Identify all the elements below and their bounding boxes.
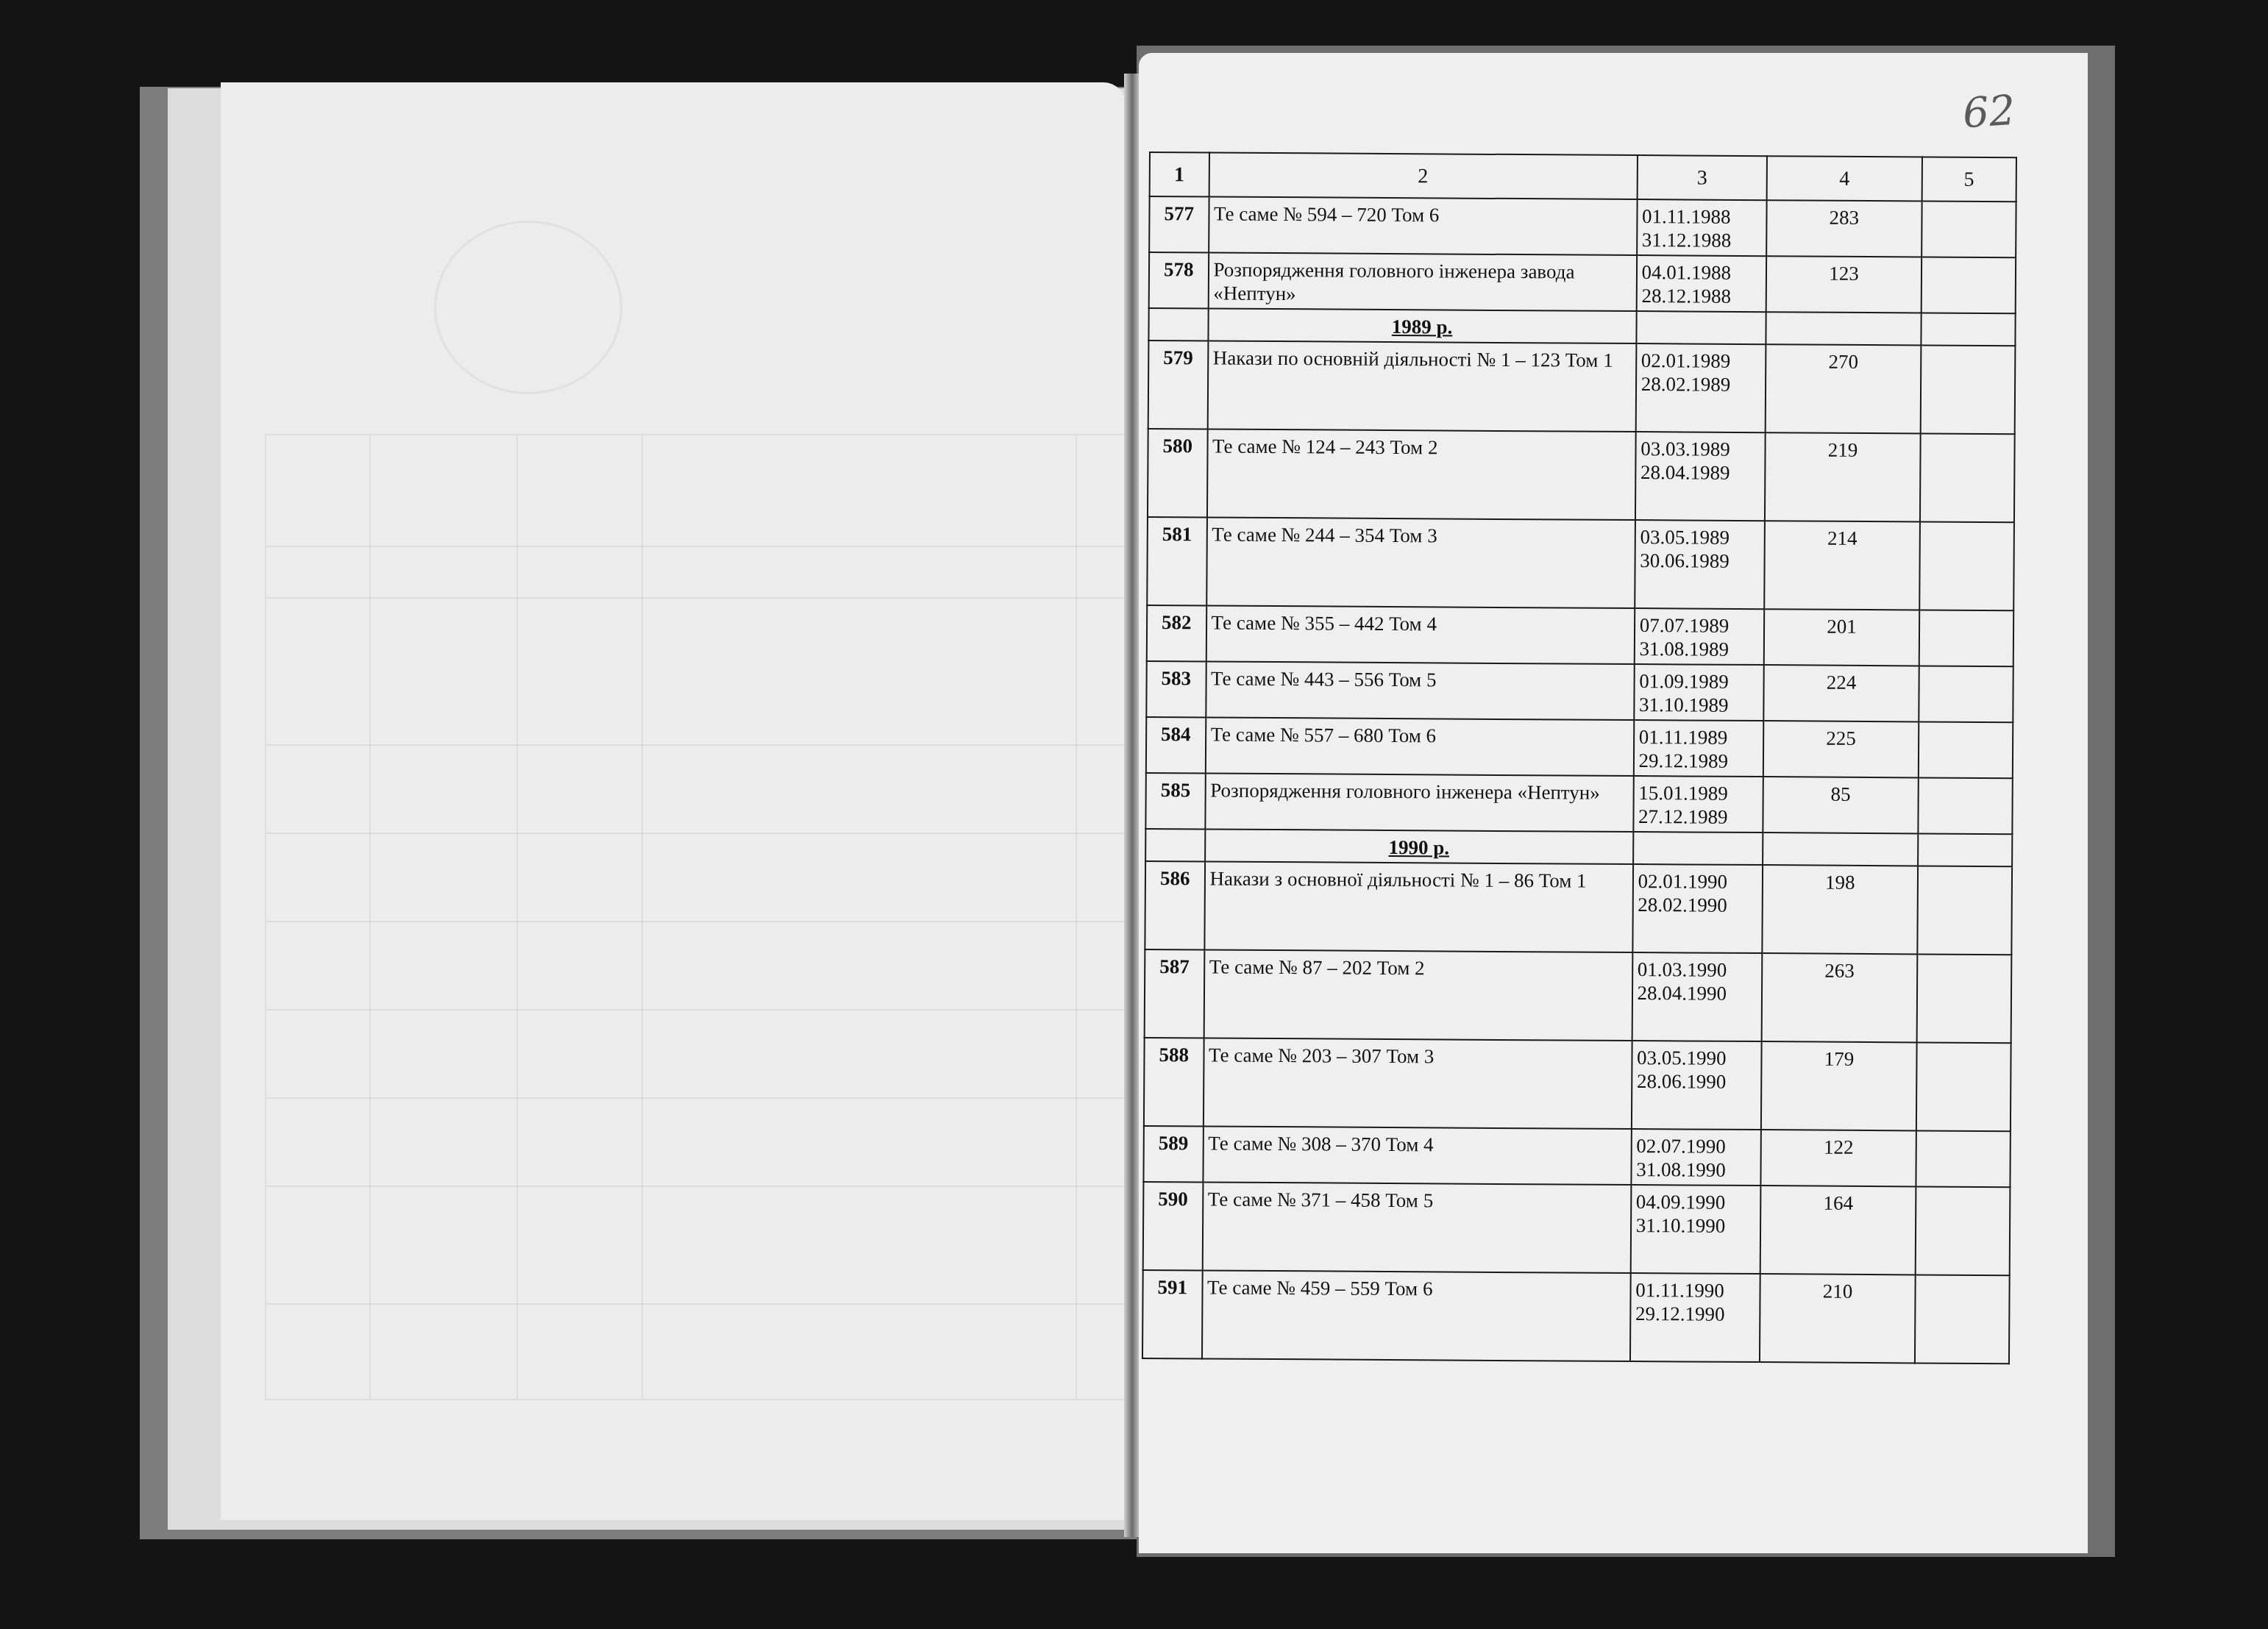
date-end: 31.12.1988 xyxy=(1642,228,1762,252)
date-end: 28.02.1990 xyxy=(1638,893,1757,917)
item-sheet-count: 123 xyxy=(1766,256,1922,313)
table-row: 589Те саме № 308 – 370 Том 402.07.199031… xyxy=(1143,1126,2010,1187)
item-dates: 02.07.199031.08.1990 xyxy=(1631,1129,1761,1186)
date-end: 27.12.1989 xyxy=(1638,805,1758,829)
date-start: 03.05.1990 xyxy=(1637,1046,1757,1070)
item-number: 584 xyxy=(1146,717,1206,773)
header-col-5: 5 xyxy=(1922,157,2016,202)
item-dates: 01.09.198931.10.1989 xyxy=(1634,664,1764,721)
handwritten-folio-number: 62 xyxy=(1961,87,2017,138)
date-start: 02.01.1989 xyxy=(1641,349,1761,373)
year-section-row: 1990 р. xyxy=(1145,829,2012,866)
item-sheet-count: 198 xyxy=(1763,865,1918,954)
item-number: 588 xyxy=(1144,1038,1204,1126)
header-col-3: 3 xyxy=(1637,155,1767,200)
table-row: 577Те саме № 594 – 720 Том 601.11.198831… xyxy=(1149,196,2016,257)
item-sheet-count: 263 xyxy=(1762,953,1917,1042)
date-end: 28.04.1990 xyxy=(1638,981,1757,1005)
item-title: Розпорядження головного інженера «Нептун… xyxy=(1205,773,1634,832)
table-row: 578Розпорядження головного інженера заво… xyxy=(1149,252,2016,313)
item-title: Те саме № 124 – 243 Том 2 xyxy=(1206,429,1635,520)
item-note xyxy=(1915,1275,2010,1364)
date-start: 01.11.1988 xyxy=(1642,204,1762,229)
item-note xyxy=(1922,201,2016,257)
item-title: Те саме № 87 – 202 Том 2 xyxy=(1204,949,1632,1041)
item-title: Накази з основної діяльності № 1 – 86 То… xyxy=(1204,861,1633,952)
scanned-book-spread: 62 1 2 3 4 5 577Те саме № 594 – 720 Том … xyxy=(0,0,2268,1629)
date-start: 07.07.1989 xyxy=(1640,613,1760,638)
table-row: 583Те саме № 443 – 556 Том 501.09.198931… xyxy=(1146,661,2013,722)
item-note xyxy=(1916,1042,2011,1131)
date-start: 01.11.1989 xyxy=(1639,725,1759,749)
item-number: 579 xyxy=(1148,341,1208,429)
table-row: 581Те саме № 244 – 354 Том 303.05.198930… xyxy=(1147,517,2014,610)
cell-dates xyxy=(1633,832,1763,865)
item-title: Те саме № 244 – 354 Том 3 xyxy=(1206,517,1635,608)
date-end: 30.06.1989 xyxy=(1640,549,1760,573)
item-dates: 03.05.199028.06.1990 xyxy=(1632,1041,1762,1130)
year-heading: 1989 р. xyxy=(1208,308,1636,343)
date-start: 03.05.1989 xyxy=(1640,525,1760,549)
item-title: Те саме № 594 – 720 Том 6 xyxy=(1209,196,1638,255)
item-note xyxy=(1915,1186,2010,1275)
item-number: 578 xyxy=(1149,252,1209,308)
date-start: 04.09.1990 xyxy=(1636,1190,1756,1214)
date-end: 28.04.1989 xyxy=(1640,460,1760,485)
item-sheet-count: 201 xyxy=(1764,609,1919,666)
date-start: 01.09.1989 xyxy=(1639,669,1759,694)
item-number: 586 xyxy=(1145,861,1204,949)
item-note xyxy=(1918,777,2013,834)
table-row: 584Те саме № 557 – 680 Том 601.11.198929… xyxy=(1146,717,2013,778)
item-number: 582 xyxy=(1147,605,1206,661)
cell-no xyxy=(1148,308,1208,341)
table-row: 579Накази по основній діяльності № 1 – 1… xyxy=(1148,341,2016,434)
date-end: 31.10.1990 xyxy=(1636,1213,1756,1238)
item-title: Те саме № 557 – 680 Том 6 xyxy=(1205,717,1634,776)
date-start: 02.07.1990 xyxy=(1636,1134,1756,1158)
item-number: 577 xyxy=(1149,196,1209,252)
item-number: 585 xyxy=(1145,773,1205,829)
item-dates: 07.07.198931.08.1989 xyxy=(1634,608,1764,665)
date-end: 29.12.1990 xyxy=(1635,1302,1755,1326)
item-dates: 02.01.198928.02.1989 xyxy=(1635,343,1766,432)
date-end: 28.12.1988 xyxy=(1641,284,1761,308)
header-col-2: 2 xyxy=(1209,152,1637,199)
item-title: Те саме № 459 – 559 Том 6 xyxy=(1202,1270,1631,1361)
cell-note xyxy=(1918,833,2013,866)
item-sheet-count: 219 xyxy=(1765,432,1920,521)
item-title: Те саме № 355 – 442 Том 4 xyxy=(1206,605,1635,664)
item-sheet-count: 122 xyxy=(1761,1130,1916,1186)
inventory-table: 1 2 3 4 5 577Те саме № 594 – 720 Том 601… xyxy=(1142,152,2017,1364)
item-number: 580 xyxy=(1148,429,1207,517)
date-end: 29.12.1989 xyxy=(1638,749,1758,773)
item-sheet-count: 164 xyxy=(1760,1186,1916,1275)
item-title: Те саме № 371 – 458 Том 5 xyxy=(1202,1182,1631,1273)
item-sheet-count: 210 xyxy=(1760,1274,1915,1363)
item-dates: 04.09.199031.10.1990 xyxy=(1630,1185,1760,1274)
date-start: 15.01.1989 xyxy=(1638,781,1758,805)
item-title: Те саме № 308 – 370 Том 4 xyxy=(1203,1126,1632,1185)
item-note xyxy=(1920,433,2015,522)
item-sheet-count: 225 xyxy=(1763,721,1919,777)
table-row: 587Те саме № 87 – 202 Том 201.03.199028.… xyxy=(1145,949,2012,1043)
date-start: 01.03.1990 xyxy=(1638,958,1757,982)
date-start: 02.01.1990 xyxy=(1638,869,1757,894)
date-end: 31.10.1989 xyxy=(1639,693,1759,717)
year-section-row: 1989 р. xyxy=(1148,308,2015,346)
item-number: 591 xyxy=(1142,1270,1202,1358)
item-dates: 01.03.199028.04.1990 xyxy=(1632,952,1762,1041)
item-dates: 04.01.198828.12.1988 xyxy=(1636,255,1766,312)
year-heading: 1990 р. xyxy=(1205,829,1633,864)
item-note xyxy=(1916,954,2011,1043)
item-note xyxy=(1919,610,2013,666)
item-sheet-count: 214 xyxy=(1765,521,1920,610)
item-note xyxy=(1919,666,2013,722)
date-start: 01.11.1990 xyxy=(1635,1278,1755,1302)
item-note xyxy=(1919,521,2014,610)
item-title: Те саме № 443 – 556 Том 5 xyxy=(1206,661,1635,720)
table-row: 586Накази з основної діяльності № 1 – 86… xyxy=(1145,861,2012,955)
item-sheet-count: 283 xyxy=(1766,200,1922,257)
date-end: 31.08.1990 xyxy=(1636,1158,1756,1182)
item-note xyxy=(1916,1130,2011,1187)
date-start: 03.03.1989 xyxy=(1640,437,1760,461)
item-number: 583 xyxy=(1146,661,1206,717)
cell-sheets xyxy=(1766,312,1922,345)
header-col-4: 4 xyxy=(1767,156,1922,201)
table-row: 590Те саме № 371 – 458 Том 504.09.199031… xyxy=(1143,1182,2011,1275)
item-title: Те саме № 203 – 307 Том 3 xyxy=(1203,1038,1632,1129)
book-spine-gutter xyxy=(1124,74,1140,1537)
table-row: 591Те саме № 459 – 559 Том 601.11.199029… xyxy=(1142,1270,2010,1364)
item-dates: 03.03.198928.04.1989 xyxy=(1635,432,1766,521)
item-dates: 03.05.198930.06.1989 xyxy=(1635,520,1765,609)
table-row: 582Те саме № 355 – 442 Том 407.07.198931… xyxy=(1147,605,2013,666)
item-sheet-count: 224 xyxy=(1764,665,1919,721)
bleed-through-stamp xyxy=(434,221,622,394)
item-dates: 02.01.199028.02.1990 xyxy=(1632,864,1763,953)
item-sheet-count: 270 xyxy=(1766,344,1921,433)
date-end: 31.08.1989 xyxy=(1639,637,1759,661)
item-note xyxy=(1917,866,2012,955)
date-end: 28.02.1989 xyxy=(1641,372,1761,396)
item-number: 590 xyxy=(1143,1182,1203,1270)
item-title: Накази по основній діяльності № 1 – 123 … xyxy=(1207,341,1636,432)
date-end: 28.06.1990 xyxy=(1637,1069,1757,1094)
item-dates: 01.11.198929.12.1989 xyxy=(1633,720,1763,777)
table-header-row: 1 2 3 4 5 xyxy=(1150,152,2016,202)
bleed-through-table xyxy=(265,434,1128,1400)
item-number: 589 xyxy=(1143,1126,1203,1182)
item-dates: 15.01.198927.12.1989 xyxy=(1633,776,1763,833)
item-dates: 01.11.198831.12.1988 xyxy=(1637,199,1767,256)
cell-sheets xyxy=(1763,833,1918,866)
item-sheet-count: 85 xyxy=(1763,777,1919,833)
table-row: 580Те саме № 124 – 243 Том 203.03.198928… xyxy=(1148,429,2015,522)
item-dates: 01.11.199029.12.1990 xyxy=(1630,1273,1760,1362)
table-row: 585Розпорядження головного інженера «Неп… xyxy=(1145,773,2012,834)
item-number: 587 xyxy=(1145,949,1204,1038)
date-start: 04.01.1988 xyxy=(1642,260,1762,285)
cell-note xyxy=(1921,313,2016,346)
item-number: 581 xyxy=(1147,517,1206,605)
header-col-1: 1 xyxy=(1150,152,1209,196)
item-title: Розпорядження головного інженера завода … xyxy=(1208,252,1637,311)
table-row: 588Те саме № 203 – 307 Том 303.05.199028… xyxy=(1144,1038,2011,1131)
item-note xyxy=(1921,257,2016,313)
cell-dates xyxy=(1636,311,1766,344)
item-sheet-count: 179 xyxy=(1761,1041,1916,1130)
item-note xyxy=(1920,345,2015,434)
item-note xyxy=(1918,721,2013,778)
cell-no xyxy=(1145,829,1205,861)
